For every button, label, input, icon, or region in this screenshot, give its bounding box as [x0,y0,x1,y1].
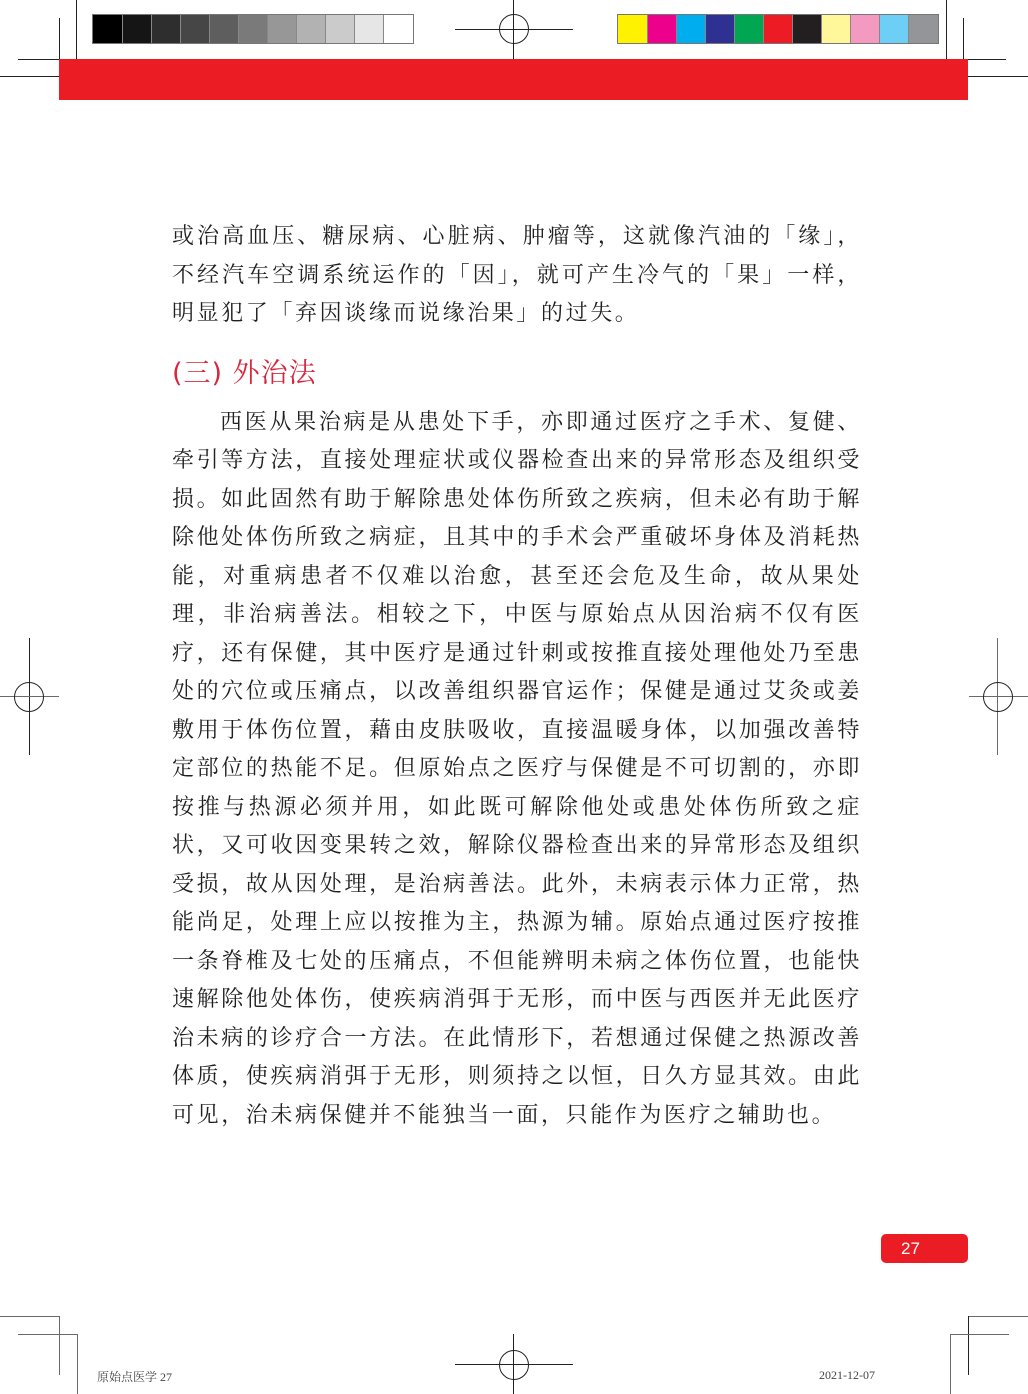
gray-swatch [326,15,355,43]
pink-swatch [851,15,880,43]
gray-swatch [93,15,123,43]
magenta-swatch [648,15,677,43]
registration-mark-right [983,682,1013,712]
gray-swatch [123,15,152,43]
registration-mark-left [14,682,44,712]
black-swatch [793,15,822,43]
registration-mark-top [499,14,529,44]
crop-mark-bottom-left-v [59,1316,60,1375]
blue-swatch [706,15,735,43]
crop-mark-top-left-h2 [0,76,59,77]
crop-mark-bottom-right-v [968,1316,969,1375]
section-paragraph: 西医从果治病是从患处下手，亦即通过医疗之手术、复健、牵引等方法，直接处理症状或仪… [172,404,862,1136]
crop-mark-bottom-right-v2 [950,1334,951,1394]
gray-swatch [210,15,239,43]
light-yellow-swatch [822,15,851,43]
gray-swatch [909,15,938,43]
yellow-swatch [618,15,648,43]
crop-mark-bottom-left-v2 [77,1334,78,1394]
crop-mark-top-right-h2 [963,76,1028,77]
red-swatch [764,15,793,43]
footer-date: 2021-12-07 [819,1368,875,1383]
footer-left-label: 原始点医学 27 [97,1368,172,1385]
gray-swatch [181,15,210,43]
green-swatch [735,15,764,43]
gray-swatch [297,15,326,43]
grayscale-color-bar [92,14,414,44]
page-content: 或治高血压、糖尿病、心脏病、肿瘤等，这就像汽油的「缘」，不经汽车空调系统运作的「… [172,218,862,1135]
gray-swatch [239,15,268,43]
crop-mark-bottom-left-h [0,1316,59,1317]
cyan-swatch [677,15,706,43]
process-color-bar [617,14,939,44]
paragraph-continued: 或治高血压、糖尿病、心脏病、肿瘤等，这就像汽油的「缘」，不经汽车空调系统运作的「… [172,218,862,334]
crop-mark-top-right-v [946,0,947,60]
crop-mark-bottom-left-h2 [18,1334,77,1335]
light-cyan-swatch [880,15,909,43]
gray-swatch [268,15,297,43]
header-red-band [59,59,968,100]
page-number-badge: 27 [881,1234,968,1263]
crop-mark-bottom-right-h [968,1316,1028,1317]
gray-swatch [152,15,181,43]
registration-mark-bottom [499,1350,529,1380]
crop-mark-top-left-v [76,0,77,60]
gray-swatch [384,15,413,43]
crop-mark-bottom-right-h2 [950,1334,1009,1335]
section-heading: (三) 外治法 [172,356,862,392]
gray-swatch [355,15,384,43]
